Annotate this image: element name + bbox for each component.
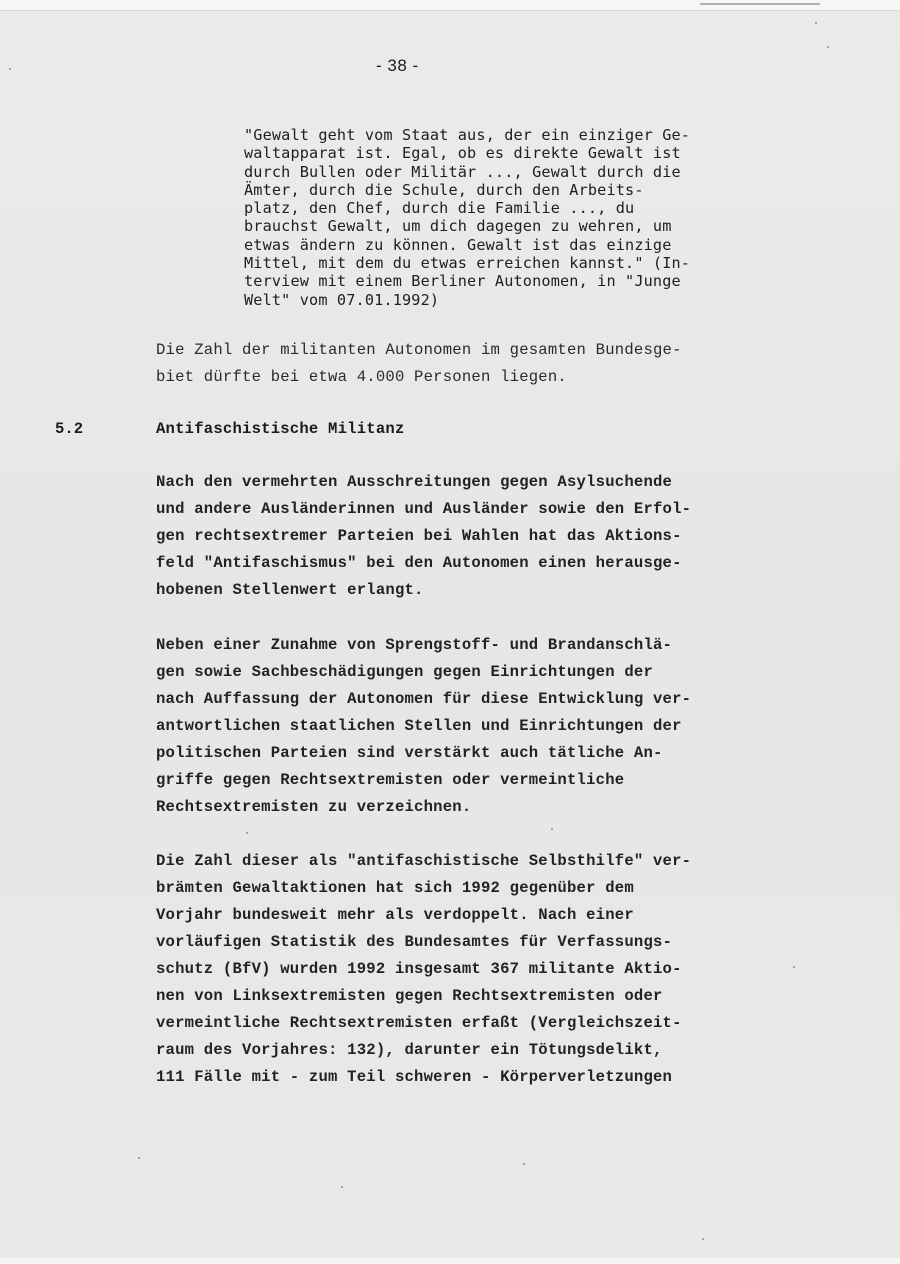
scan-speck xyxy=(9,68,11,70)
paragraph-line: gen rechtsextremer Parteien bei Wahlen h… xyxy=(156,523,796,550)
paragraph-line: antwortlichen staatlichen Stellen und Ei… xyxy=(156,713,796,740)
quote-line: Welt" vom 07.01.1992) xyxy=(244,291,804,309)
paragraph-line: politischen Parteien sind verstärkt auch… xyxy=(156,740,796,767)
section-number: 5.2 xyxy=(55,420,83,438)
quote-line: terview mit einem Berliner Autonomen, in… xyxy=(244,272,804,290)
scan-speck xyxy=(523,1163,525,1165)
paragraph-line: nen von Linksextremisten gegen Rechtsext… xyxy=(156,983,796,1010)
scan-speck xyxy=(246,832,248,834)
paragraph-line: schutz (BfV) wurden 1992 insgesamt 367 m… xyxy=(156,956,796,983)
scan-speck xyxy=(815,22,817,24)
paragraph-line: Neben einer Zunahme von Sprengstoff- und… xyxy=(156,632,796,659)
page-top-edge xyxy=(0,0,900,11)
paragraph-line: hobenen Stellenwert erlangt. xyxy=(156,577,796,604)
section-heading: Antifaschistische Militanz xyxy=(156,420,405,438)
page-number: - 38 - xyxy=(376,56,419,76)
paragraph-line: brämten Gewaltaktionen hat sich 1992 geg… xyxy=(156,875,796,902)
scan-speck xyxy=(138,1157,140,1159)
paragraph-line: biet dürfte bei etwa 4.000 Personen lieg… xyxy=(156,364,796,391)
scan-speck xyxy=(341,1186,343,1188)
scan-speck xyxy=(551,828,553,830)
quote-line: durch Bullen oder Militär ..., Gewalt du… xyxy=(244,163,804,181)
paragraph-line: Nach den vermehrten Ausschreitungen gege… xyxy=(156,469,796,496)
paragraph-line: 111 Fälle mit - zum Teil schweren - Körp… xyxy=(156,1064,796,1091)
scan-speck xyxy=(793,966,795,968)
scan-speck xyxy=(702,1238,704,1240)
paragraph-line: Die Zahl dieser als "antifaschistische S… xyxy=(156,848,796,875)
page-bottom-edge xyxy=(0,1258,900,1264)
paragraph-line: nach Auffassung der Autonomen für diese … xyxy=(156,686,796,713)
paragraph-antifascism-field: Nach den vermehrten Ausschreitungen gege… xyxy=(156,469,796,604)
quote-line: "Gewalt geht vom Staat aus, der ein einz… xyxy=(244,126,804,144)
paragraph-line: griffe gegen Rechtsextremisten oder verm… xyxy=(156,767,796,794)
paragraph-line: und andere Ausländerinnen und Ausländer … xyxy=(156,496,796,523)
paragraph-line: Rechtsextremisten zu verzeichnen. xyxy=(156,794,796,821)
paragraph-line: vermeintliche Rechtsextremisten erfaßt (… xyxy=(156,1010,796,1037)
paragraph-line: Vorjahr bundesweit mehr als verdoppelt. … xyxy=(156,902,796,929)
paragraph-line: feld "Antifaschismus" bei den Autonomen … xyxy=(156,550,796,577)
quote-line: brauchst Gewalt, um dich dagegen zu wehr… xyxy=(244,217,804,235)
paragraph-line: vorläufigen Statistik des Bundesamtes fü… xyxy=(156,929,796,956)
paragraph-line: raum des Vorjahres: 132), darunter ein T… xyxy=(156,1037,796,1064)
paragraph-attacks: Neben einer Zunahme von Sprengstoff- und… xyxy=(156,632,796,821)
paragraph-line: gen sowie Sachbeschädigungen gegen Einri… xyxy=(156,659,796,686)
paragraph-statistics: Die Zahl dieser als "antifaschistische S… xyxy=(156,848,796,1091)
quote-line: Ämter, durch die Schule, durch den Arbei… xyxy=(244,181,804,199)
scan-speck xyxy=(827,46,829,48)
scanned-page: - 38 - "Gewalt geht vom Staat aus, der e… xyxy=(0,0,900,1264)
paragraph-militant-count: Die Zahl der militanten Autonomen im ges… xyxy=(156,337,796,391)
quote-line: platz, den Chef, durch die Familie ..., … xyxy=(244,199,804,217)
quote-line: Mittel, mit dem du etwas erreichen kanns… xyxy=(244,254,804,272)
paragraph-line: Die Zahl der militanten Autonomen im ges… xyxy=(156,337,796,364)
quote-line: waltapparat ist. Egal, ob es direkte Gew… xyxy=(244,144,804,162)
quote-line: etwas ändern zu können. Gewalt ist das e… xyxy=(244,236,804,254)
quote-block: "Gewalt geht vom Staat aus, der ein einz… xyxy=(244,126,804,309)
